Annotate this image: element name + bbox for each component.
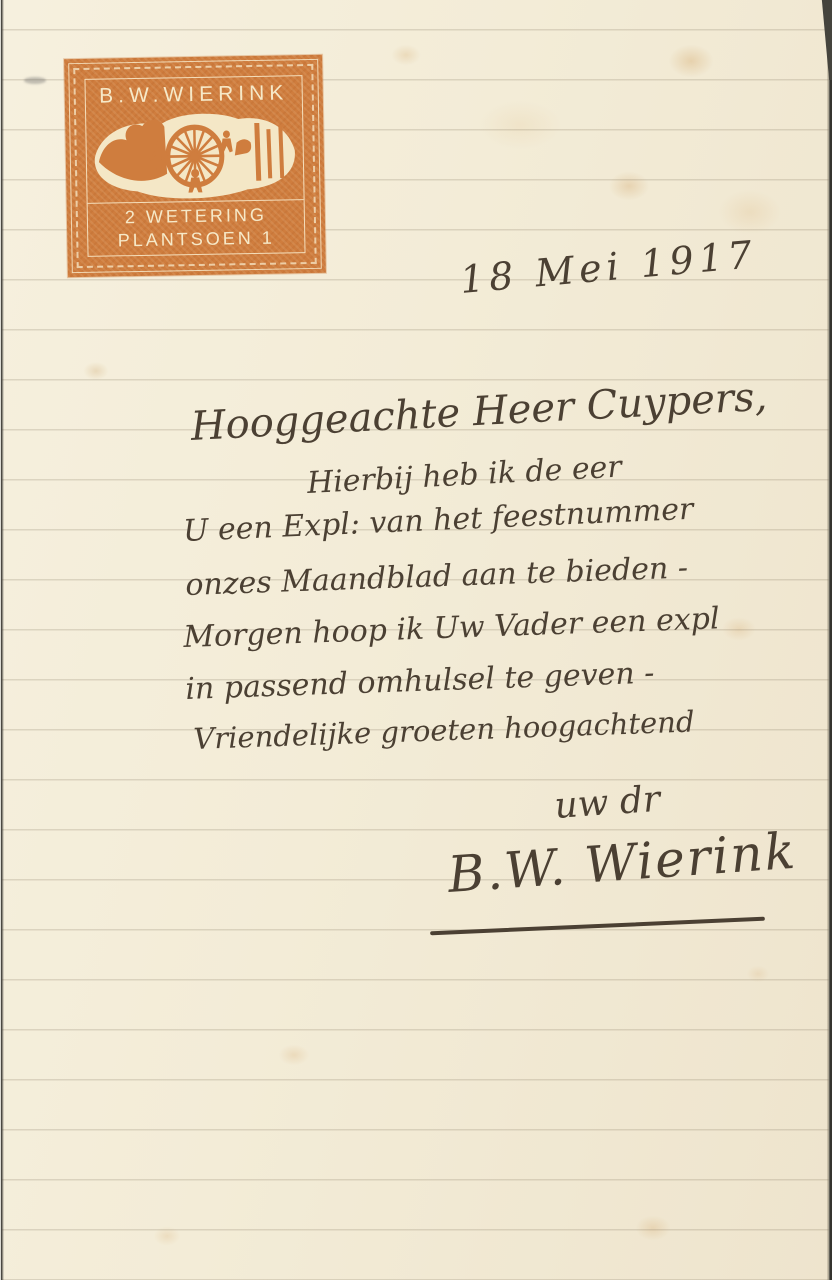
body-line: Vriendelijke groeten hoogachtend bbox=[193, 705, 695, 756]
body-line: U een Expl: van het feestnummer bbox=[182, 492, 694, 549]
smudge-mark bbox=[24, 77, 46, 84]
signature-underline bbox=[430, 917, 765, 935]
body-line: Morgen hoop ik Uw Vader een expl bbox=[183, 601, 720, 655]
letter-scan: B.W.WIERINK bbox=[0, 0, 832, 1280]
letterhead-frame: B.W.WIERINK bbox=[84, 75, 305, 257]
salutation: Hooggeachte Heer Cuypers, bbox=[190, 374, 769, 450]
scan-edge-right bbox=[826, 0, 832, 1280]
letterhead-address-line1: 2 WETERING bbox=[88, 203, 304, 229]
letterhead-address: 2 WETERING PLANTSOEN 1 bbox=[88, 199, 305, 256]
letter-date: 18 Mei 1917 bbox=[458, 232, 758, 302]
wheel-children-illustration bbox=[86, 105, 304, 203]
letterhead-address-line2: PLANTSOEN 1 bbox=[88, 226, 304, 252]
letterhead-stamp: B.W.WIERINK bbox=[64, 55, 326, 277]
body-line: in passend omhulsel te geven - bbox=[185, 656, 655, 707]
signature: B.W. Wierink bbox=[446, 822, 799, 904]
body-line: Hierbij heb ik de eer bbox=[306, 450, 622, 501]
body-line: onzes Maandblad aan te bieden - bbox=[185, 550, 689, 603]
letterhead-name: B.W.WIERINK bbox=[85, 76, 301, 109]
closing: uw dr bbox=[553, 779, 661, 827]
scan-edge-left bbox=[0, 0, 5, 1280]
